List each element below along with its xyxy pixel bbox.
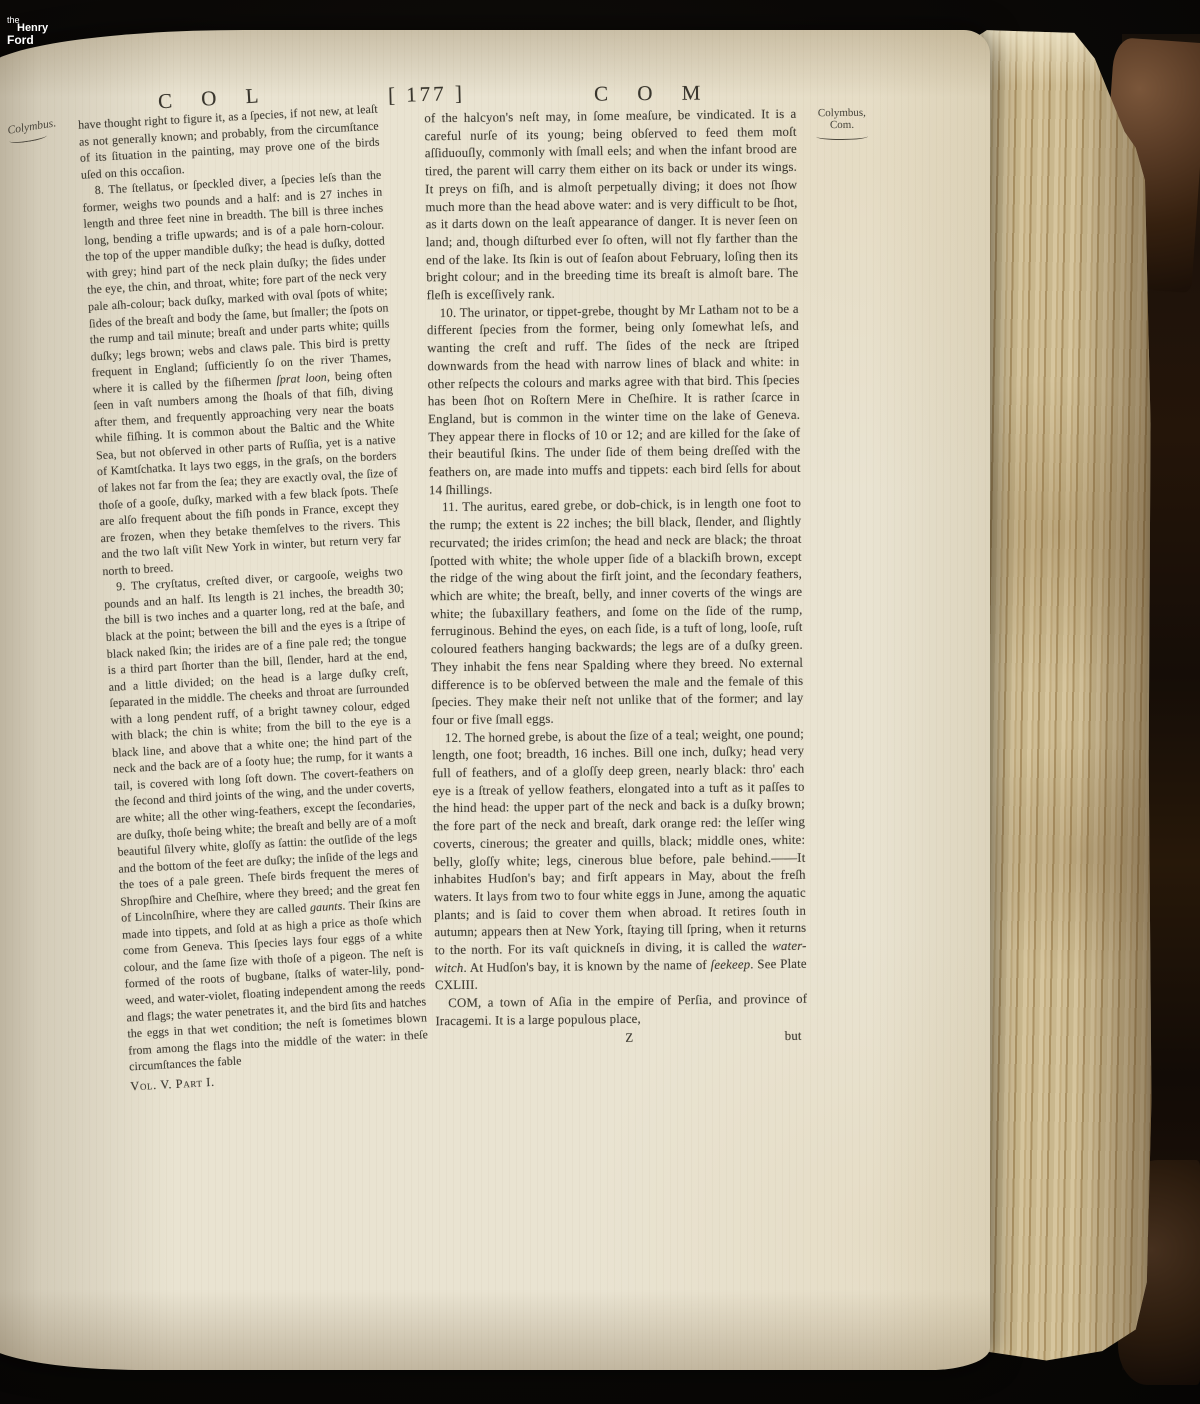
paragraph: 10. The urinator, or tippet-grebe, thoug… xyxy=(427,300,801,499)
paragraph: COM, a town of Aſia in the empire of Per… xyxy=(435,991,807,1031)
paragraph: 11. The auritus, eared grebe, or dob-chi… xyxy=(429,495,804,730)
margin-note-line1: Colymbus, xyxy=(805,107,879,120)
book-fore-edge xyxy=(972,18,1158,1370)
henry-ford-logo: the Henry Ford xyxy=(4,13,51,49)
right-column-text: of the halcyon's neſt may, in ſome meaſu… xyxy=(424,106,807,1031)
running-head-com: C O M xyxy=(594,80,713,106)
signature-mark: Z xyxy=(625,1029,633,1047)
paragraph: 9. The cryſtatus, creſted diver, or carg… xyxy=(103,563,429,1075)
margin-note-swash xyxy=(816,133,868,140)
book-photograph: { "watermark": {"line1": "the", "line2":… xyxy=(0,0,1200,1404)
margin-note-colymbus-com: Colymbus, Com. xyxy=(805,107,879,141)
logo-text-ford: Ford xyxy=(7,33,34,47)
right-column: of the halcyon's neſt may, in ſome meaſu… xyxy=(424,106,807,1050)
paragraph: 8. The ſtellatus, or ſpeckled diver, a ſ… xyxy=(81,167,402,580)
paragraph: of the halcyon's neſt may, in ſome meaſu… xyxy=(424,106,798,305)
paragraph: 12. The horned grebe, is about the ſize … xyxy=(432,725,807,995)
catchword: but xyxy=(633,1027,807,1047)
left-column-text: have thought right to figure it, as a ſp… xyxy=(78,101,429,1076)
left-column: have thought right to figure it, as a ſp… xyxy=(78,101,431,1095)
margin-note-line2: Com. xyxy=(805,119,879,132)
page-number: [ 177 ] xyxy=(388,81,466,108)
